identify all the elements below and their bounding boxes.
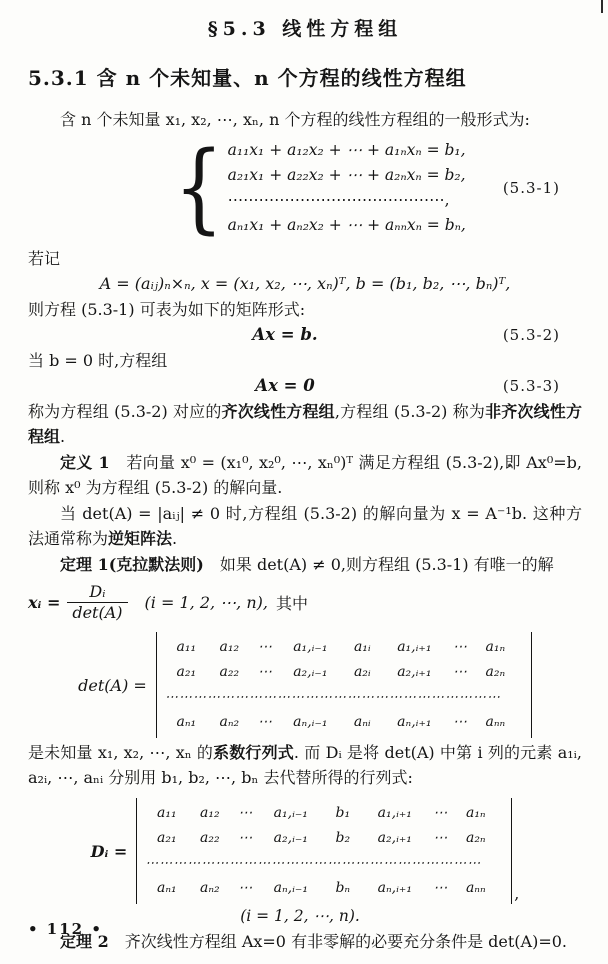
homogeneous-seg1: 称为方程组 (5.3-2) 对应的 [28, 402, 222, 421]
definition1-label: 定义 1 [60, 453, 110, 472]
term-inverse-matrix-method: 逆矩阵法 [108, 529, 172, 548]
detA-cell: ⋯ [446, 635, 474, 660]
detA-cell: ⋯ [251, 710, 279, 735]
equation-532-formula: Ax = b. [28, 322, 582, 347]
theorem1-text: 如果 det(A) ≠ 0,则方程组 (5.3-1) 有唯一的解 [220, 555, 554, 574]
Di-cell: ⋯ [231, 801, 259, 826]
Di-cell: aₙ₂ [188, 876, 231, 901]
detA-cell: a₁₂ [208, 635, 251, 660]
matrix-form-intro: 则方程 (5.3-1) 可表为如下的矩阵形式: [28, 297, 582, 322]
system-row-2: a₂₁x₁ + a₂₂x₂ + ⋯ + a₂ₙxₙ = b₂, [228, 163, 466, 188]
scan-speck [500, 562, 503, 565]
Di-cell: a₂₁ [145, 826, 188, 851]
Di-cell: a₁₁ [145, 801, 188, 826]
homogeneous-seg3: . [60, 427, 65, 446]
equation-label-531: (5.3-1) [503, 179, 560, 197]
Di-cell: a₁ₙ [454, 801, 497, 826]
theorem1-label: 定理 1(克拉默法则) [60, 555, 204, 574]
detA-cell: a₁ᵢ [342, 635, 383, 660]
detA-prefix: det(A) = [78, 676, 147, 695]
detA-cell: aₙ,ᵢ₊₁ [383, 710, 446, 735]
homogeneous-paragraph: 称为方程组 (5.3-2) 对应的齐次线性方程组,方程组 (5.3-2) 称为非… [28, 399, 582, 449]
detA-cell: ⋯ [446, 710, 474, 735]
detA-cell: ⋯ [251, 635, 279, 660]
inverse-method-paragraph: 当 det(A) = |aᵢⱼ| ≠ 0 时,方程组 (5.3-2) 的解向量为… [28, 501, 582, 551]
equation-532: Ax = b. (5.3-2) [28, 322, 582, 347]
detA-cell: a₂ₙ [474, 660, 517, 685]
detA-cell: a₂₂ [208, 660, 251, 685]
term-homogeneous-system: 齐次线性方程组 [222, 402, 335, 421]
detA-row-1: a₁₁ a₁₂ ⋯ a₁,ᵢ₋₁ a₁ᵢ a₁,ᵢ₊₁ ⋯ a₁ₙ [165, 635, 523, 660]
left-brace-glyph: { [174, 126, 224, 251]
Di-matrix: a₁₁ a₁₂ ⋯ a₁,ᵢ₋₁ b₁ a₁,ᵢ₊₁ ⋯ a₁ₙ a₂₁ a₂₂… [136, 798, 512, 904]
system-row-n: aₙ₁x₁ + aₙ₂x₂ + ⋯ + aₙₙxₙ = bₙ, [228, 213, 466, 238]
Di-cell: aₙ,ᵢ₋₁ [259, 876, 322, 901]
cramer-formula: xᵢ = Dᵢ det(A) (i = 1, 2, ⋯, n), 其中 [28, 580, 582, 624]
Di-cell: ⋯ [426, 876, 454, 901]
Di-row-1: a₁₁ a₁₂ ⋯ a₁,ᵢ₋₁ b₁ a₁,ᵢ₊₁ ⋯ a₁ₙ [145, 801, 503, 826]
Di-cell: aₙ,ᵢ₊₁ [363, 876, 426, 901]
detA-cell: aₙ₁ [165, 710, 208, 735]
Di-cell: a₁,ᵢ₋₁ [259, 801, 322, 826]
equation-label-533: (5.3-3) [503, 377, 560, 395]
theorem1-paragraph: 定理 1(克拉默法则) 如果 det(A) ≠ 0,则方程组 (5.3-1) 有… [28, 552, 582, 577]
cramer-denominator: det(A) [67, 602, 127, 623]
cramer-numerator: Dᵢ [85, 582, 109, 602]
detA-cell: aₙₙ [474, 710, 517, 735]
coefficient-det-paragraph: 是未知量 x₁, x₂, ⋯, xₙ 的系数行列式. 而 Dᵢ 是将 det(A… [28, 740, 582, 790]
system-row-1: a₁₁x₁ + a₁₂x₂ + ⋯ + a₁ₙxₙ = b₁, [228, 138, 466, 163]
system-row-dots: ⋯⋯⋯⋯⋯⋯⋯⋯⋯⋯⋯⋯⋯⋯, [228, 188, 466, 213]
Di-row-n: aₙ₁ aₙ₂ ⋯ aₙ,ᵢ₋₁ bₙ aₙ,ᵢ₊₁ ⋯ aₙₙ [145, 876, 503, 901]
detA-row-n: aₙ₁ aₙ₂ ⋯ aₙ,ᵢ₋₁ aₙᵢ aₙ,ᵢ₊₁ ⋯ aₙₙ [165, 710, 523, 735]
detA-matrix: a₁₁ a₁₂ ⋯ a₁,ᵢ₋₁ a₁ᵢ a₁,ᵢ₊₁ ⋯ a₁ₙ a₂₁ a₂… [156, 632, 532, 738]
Di-dots-row: ⋯⋯⋯⋯⋯⋯⋯⋯⋯⋯⋯⋯⋯⋯⋯⋯⋯⋯⋯⋯⋯⋯⋯⋯ [145, 851, 503, 876]
cramer-lhs: xᵢ = [28, 593, 60, 612]
Di-cell: ⋯ [231, 826, 259, 851]
theorem2-paragraph: 定理 2 齐次线性方程组 Ax=0 有非零解的必要充分条件是 det(A)=0. [28, 929, 582, 954]
detA-cell: a₁₁ [165, 635, 208, 660]
determinant-detA-block: det(A) = a₁₁ a₁₂ ⋯ a₁,ᵢ₋₁ a₁ᵢ a₁,ᵢ₊₁ ⋯ a… [28, 632, 582, 738]
detA-dots-row: ⋯⋯⋯⋯⋯⋯⋯⋯⋯⋯⋯⋯⋯⋯⋯⋯⋯⋯⋯⋯⋯⋯⋯⋯ [165, 685, 523, 710]
section-heading: 5.3.1 含 n 个未知量、n 个方程的线性方程组 [28, 62, 582, 91]
Di-cell: a₂ₙ [454, 826, 497, 851]
detA-cell: a₁,ᵢ₋₁ [279, 635, 342, 660]
detA-cell: a₂,ᵢ₊₁ [383, 660, 446, 685]
when-b-zero: 当 b = 0 时,方程组 [28, 348, 582, 373]
detA-cell: a₂₁ [165, 660, 208, 685]
Di-cell: a₁₂ [188, 801, 231, 826]
definition1-text: 若向量 x⁰ = (x₁⁰, x₂⁰, ⋯, xₙ⁰)ᵀ 满足方程组 (5.3-… [28, 453, 582, 497]
Di-prefix: Dᵢ = [91, 842, 128, 861]
equation-533-formula: Ax = 0 [28, 373, 582, 398]
Di-row-2: a₂₁ a₂₂ ⋯ a₂,ᵢ₋₁ b₂ a₂,ᵢ₊₁ ⋯ a₂ₙ [145, 826, 503, 851]
scan-speck [508, 464, 511, 467]
coefficient-det-seg1: 是未知量 x₁, x₂, ⋯, xₙ 的 [28, 743, 213, 762]
detA-cell: ⋯ [446, 660, 474, 685]
detA-cell: a₁,ᵢ₊₁ [383, 635, 446, 660]
detA-cell: aₙ₂ [208, 710, 251, 735]
equation-533: Ax = 0 (5.3-3) [28, 373, 582, 398]
Di-trailing-comma: , [514, 884, 519, 904]
Di-cell: a₂,ᵢ₊₁ [363, 826, 426, 851]
textbook-page: §5.3 线性方程组 5.3.1 含 n 个未知量、n 个方程的线性方程组 含 … [0, 0, 608, 954]
Di-cell: b₁ [322, 801, 363, 826]
Di-cell: a₂₂ [188, 826, 231, 851]
determinant-Di-block: Dᵢ = a₁₁ a₁₂ ⋯ a₁,ᵢ₋₁ b₁ a₁,ᵢ₊₁ ⋯ a₁ₙ a₂… [28, 798, 582, 904]
detA-cell: aₙᵢ [342, 710, 383, 735]
page-number: • 112 • [28, 920, 103, 938]
detA-row-2: a₂₁ a₂₂ ⋯ a₂,ᵢ₋₁ a₂ᵢ a₂,ᵢ₊₁ ⋯ a₂ₙ [165, 660, 523, 685]
detA-cell: a₂ᵢ [342, 660, 383, 685]
Di-cell: a₁,ᵢ₊₁ [363, 801, 426, 826]
intro-paragraph: 含 n 个未知量 x₁, x₂, ⋯, xₙ, n 个方程的线性方程组的一般形式… [28, 107, 582, 132]
Di-cell: ⋯ [426, 826, 454, 851]
notation-line: A = (aᵢⱼ)ₙ×ₙ, x = (x₁, x₂, ⋯, xₙ)ᵀ, b = … [28, 271, 582, 296]
cramer-condition: (i = 1, 2, ⋯, n), [145, 593, 268, 612]
chapter-title: §5.3 线性方程组 [28, 14, 582, 41]
detA-cell: a₂,ᵢ₋₁ [279, 660, 342, 685]
theorem2-text: 齐次线性方程组 Ax=0 有非零解的必要充分条件是 det(A)=0. [125, 932, 567, 951]
Di-cell: b₂ [322, 826, 363, 851]
term-coefficient-determinant: 系数行列式 [213, 743, 294, 762]
Di-cell: aₙₙ [454, 876, 497, 901]
Di-cell: a₂,ᵢ₋₁ [259, 826, 322, 851]
Di-cell: ⋯ [426, 801, 454, 826]
Di-cell: ⋯ [231, 876, 259, 901]
Di-index-note: (i = 1, 2, ⋯, n). [28, 904, 582, 928]
Di-cell: bₙ [322, 876, 363, 901]
scan-artifact-tick [601, 0, 603, 13]
detA-cell: ⋯ [251, 660, 279, 685]
Di-cell: aₙ₁ [145, 876, 188, 901]
cramer-tail: 其中 [276, 591, 308, 614]
homogeneous-seg2: ,方程组 (5.3-2) 称为 [335, 402, 485, 421]
detA-cell: aₙ,ᵢ₋₁ [279, 710, 342, 735]
inverse-method-seg2: . [172, 529, 177, 548]
definition1-paragraph: 定义 1 若向量 x⁰ = (x₁⁰, x₂⁰, ⋯, xₙ⁰)ᵀ 满足方程组 … [28, 450, 582, 500]
equation-label-532: (5.3-2) [503, 326, 560, 344]
ruoji-line: 若记 [28, 246, 582, 271]
cramer-fraction: Dᵢ det(A) [67, 582, 127, 623]
detA-cell: a₁ₙ [474, 635, 517, 660]
system-rows: a₁₁x₁ + a₁₂x₂ + ⋯ + a₁ₙxₙ = b₁, a₂₁x₁ + … [228, 138, 466, 238]
equation-system-531: { a₁₁x₁ + a₁₂x₂ + ⋯ + a₁ₙxₙ = b₁, a₂₁x₁ … [28, 138, 582, 238]
